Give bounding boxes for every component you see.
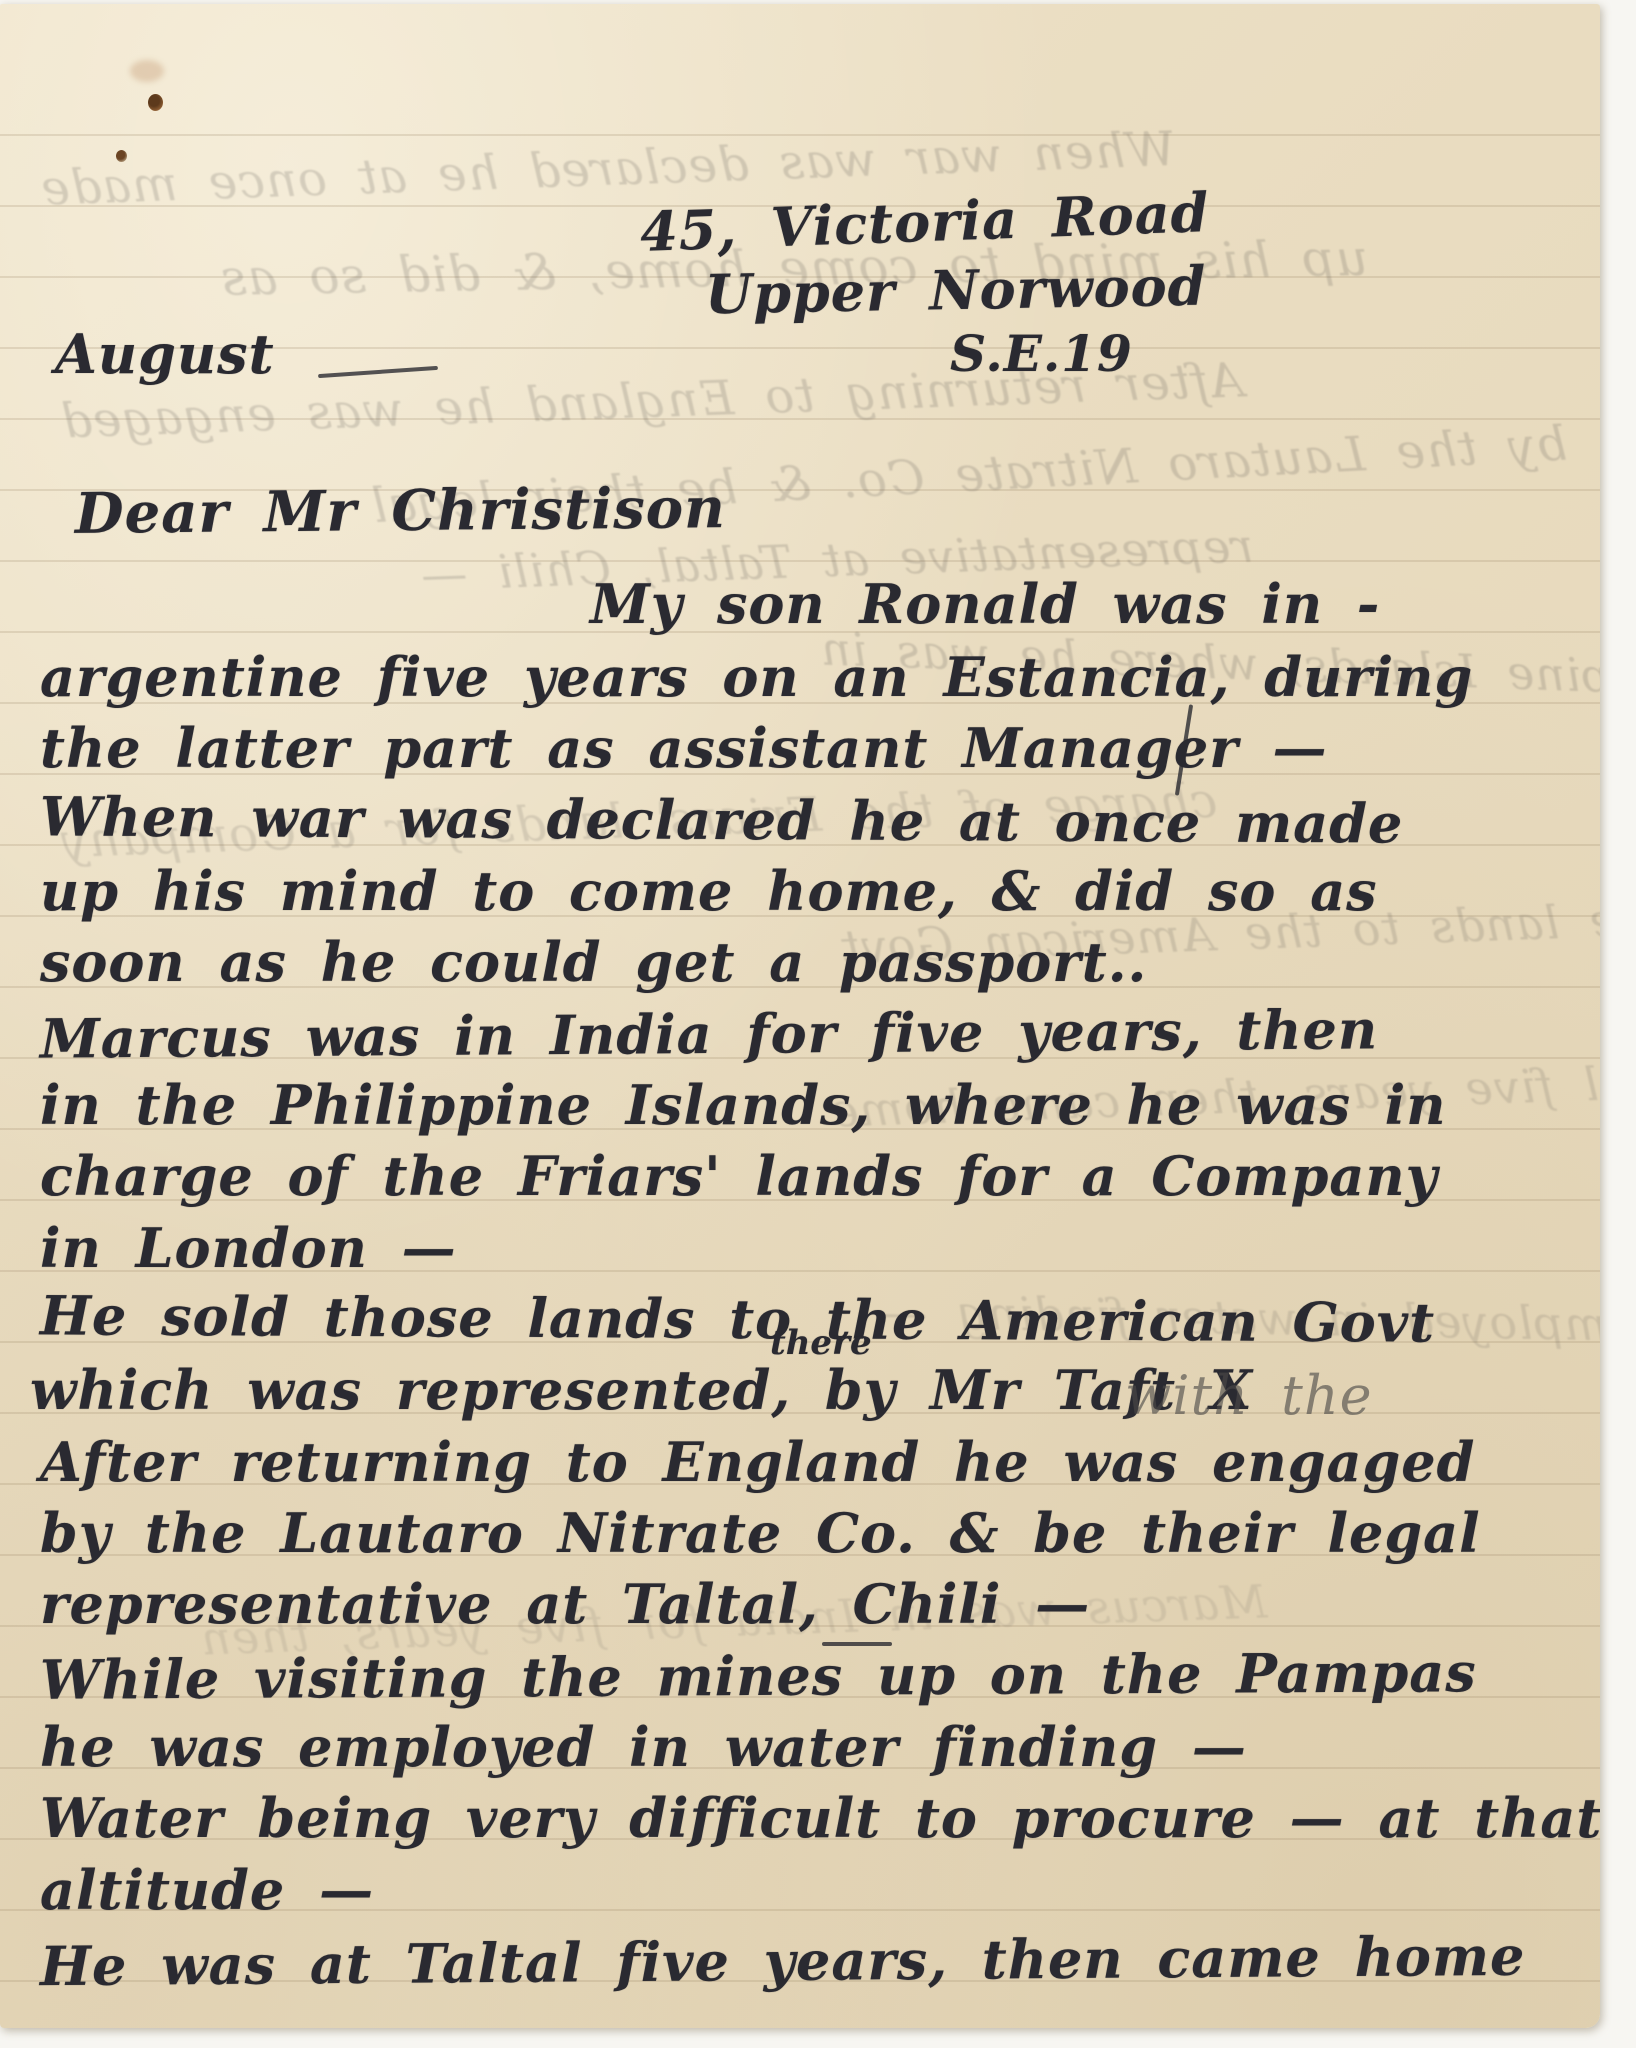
body-line: While visiting the mines up on the Pampa… (40, 1644, 1477, 1708)
paper-stain (130, 60, 164, 82)
body-line: He sold those lands to the American Govt (40, 1287, 1435, 1351)
inserted-word: there (770, 1326, 872, 1362)
body-line: argentine five years on an Estancia, dur… (40, 649, 1473, 706)
body-line: altitude — (40, 1862, 374, 1919)
body-line: he was employed in water finding — (40, 1719, 1247, 1776)
body-line: by the Lautaro Nitrate Co. & be their le… (40, 1505, 1481, 1562)
body-line: which was represented, by Mr Taft X (30, 1362, 1253, 1419)
body-line: in the Philippine Islands, where he was … (40, 1077, 1447, 1134)
body-line: Marcus was in India for five years, then (40, 1001, 1379, 1067)
body-line: My son Ronald was in - (590, 576, 1380, 633)
date-line: August (55, 326, 275, 383)
scan-background: When war was declared he at once made up… (0, 0, 1636, 2048)
body-line: the latter part as assistant Manager — (40, 720, 1328, 777)
address-line-3: S.E.19 (950, 328, 1133, 381)
body-line: When war was declared he at once made (40, 788, 1404, 852)
body-line: representative at Taltal, Chili — (40, 1576, 1090, 1633)
body-line: After returning to England he was engage… (40, 1434, 1475, 1491)
body-line: Water being very difficult to procure — … (40, 1790, 1600, 1847)
body-line: charge of the Friars' lands for a Compan… (40, 1148, 1438, 1205)
body-line: soon as he could get a passport.. (40, 934, 1147, 991)
address-line-2: Upper Norwood (705, 258, 1207, 323)
body-line: He was at Taltal five years, then came h… (40, 1928, 1526, 1995)
body-line: up his mind to come home, & did so as (40, 863, 1378, 920)
pinhole (148, 94, 163, 111)
faint-phrase: with the (1125, 1368, 1373, 1425)
letter-page: When war was declared he at once made up… (0, 4, 1600, 2028)
salutation: Dear Mr Christison (75, 479, 726, 543)
body-line: in London — (40, 1220, 457, 1277)
